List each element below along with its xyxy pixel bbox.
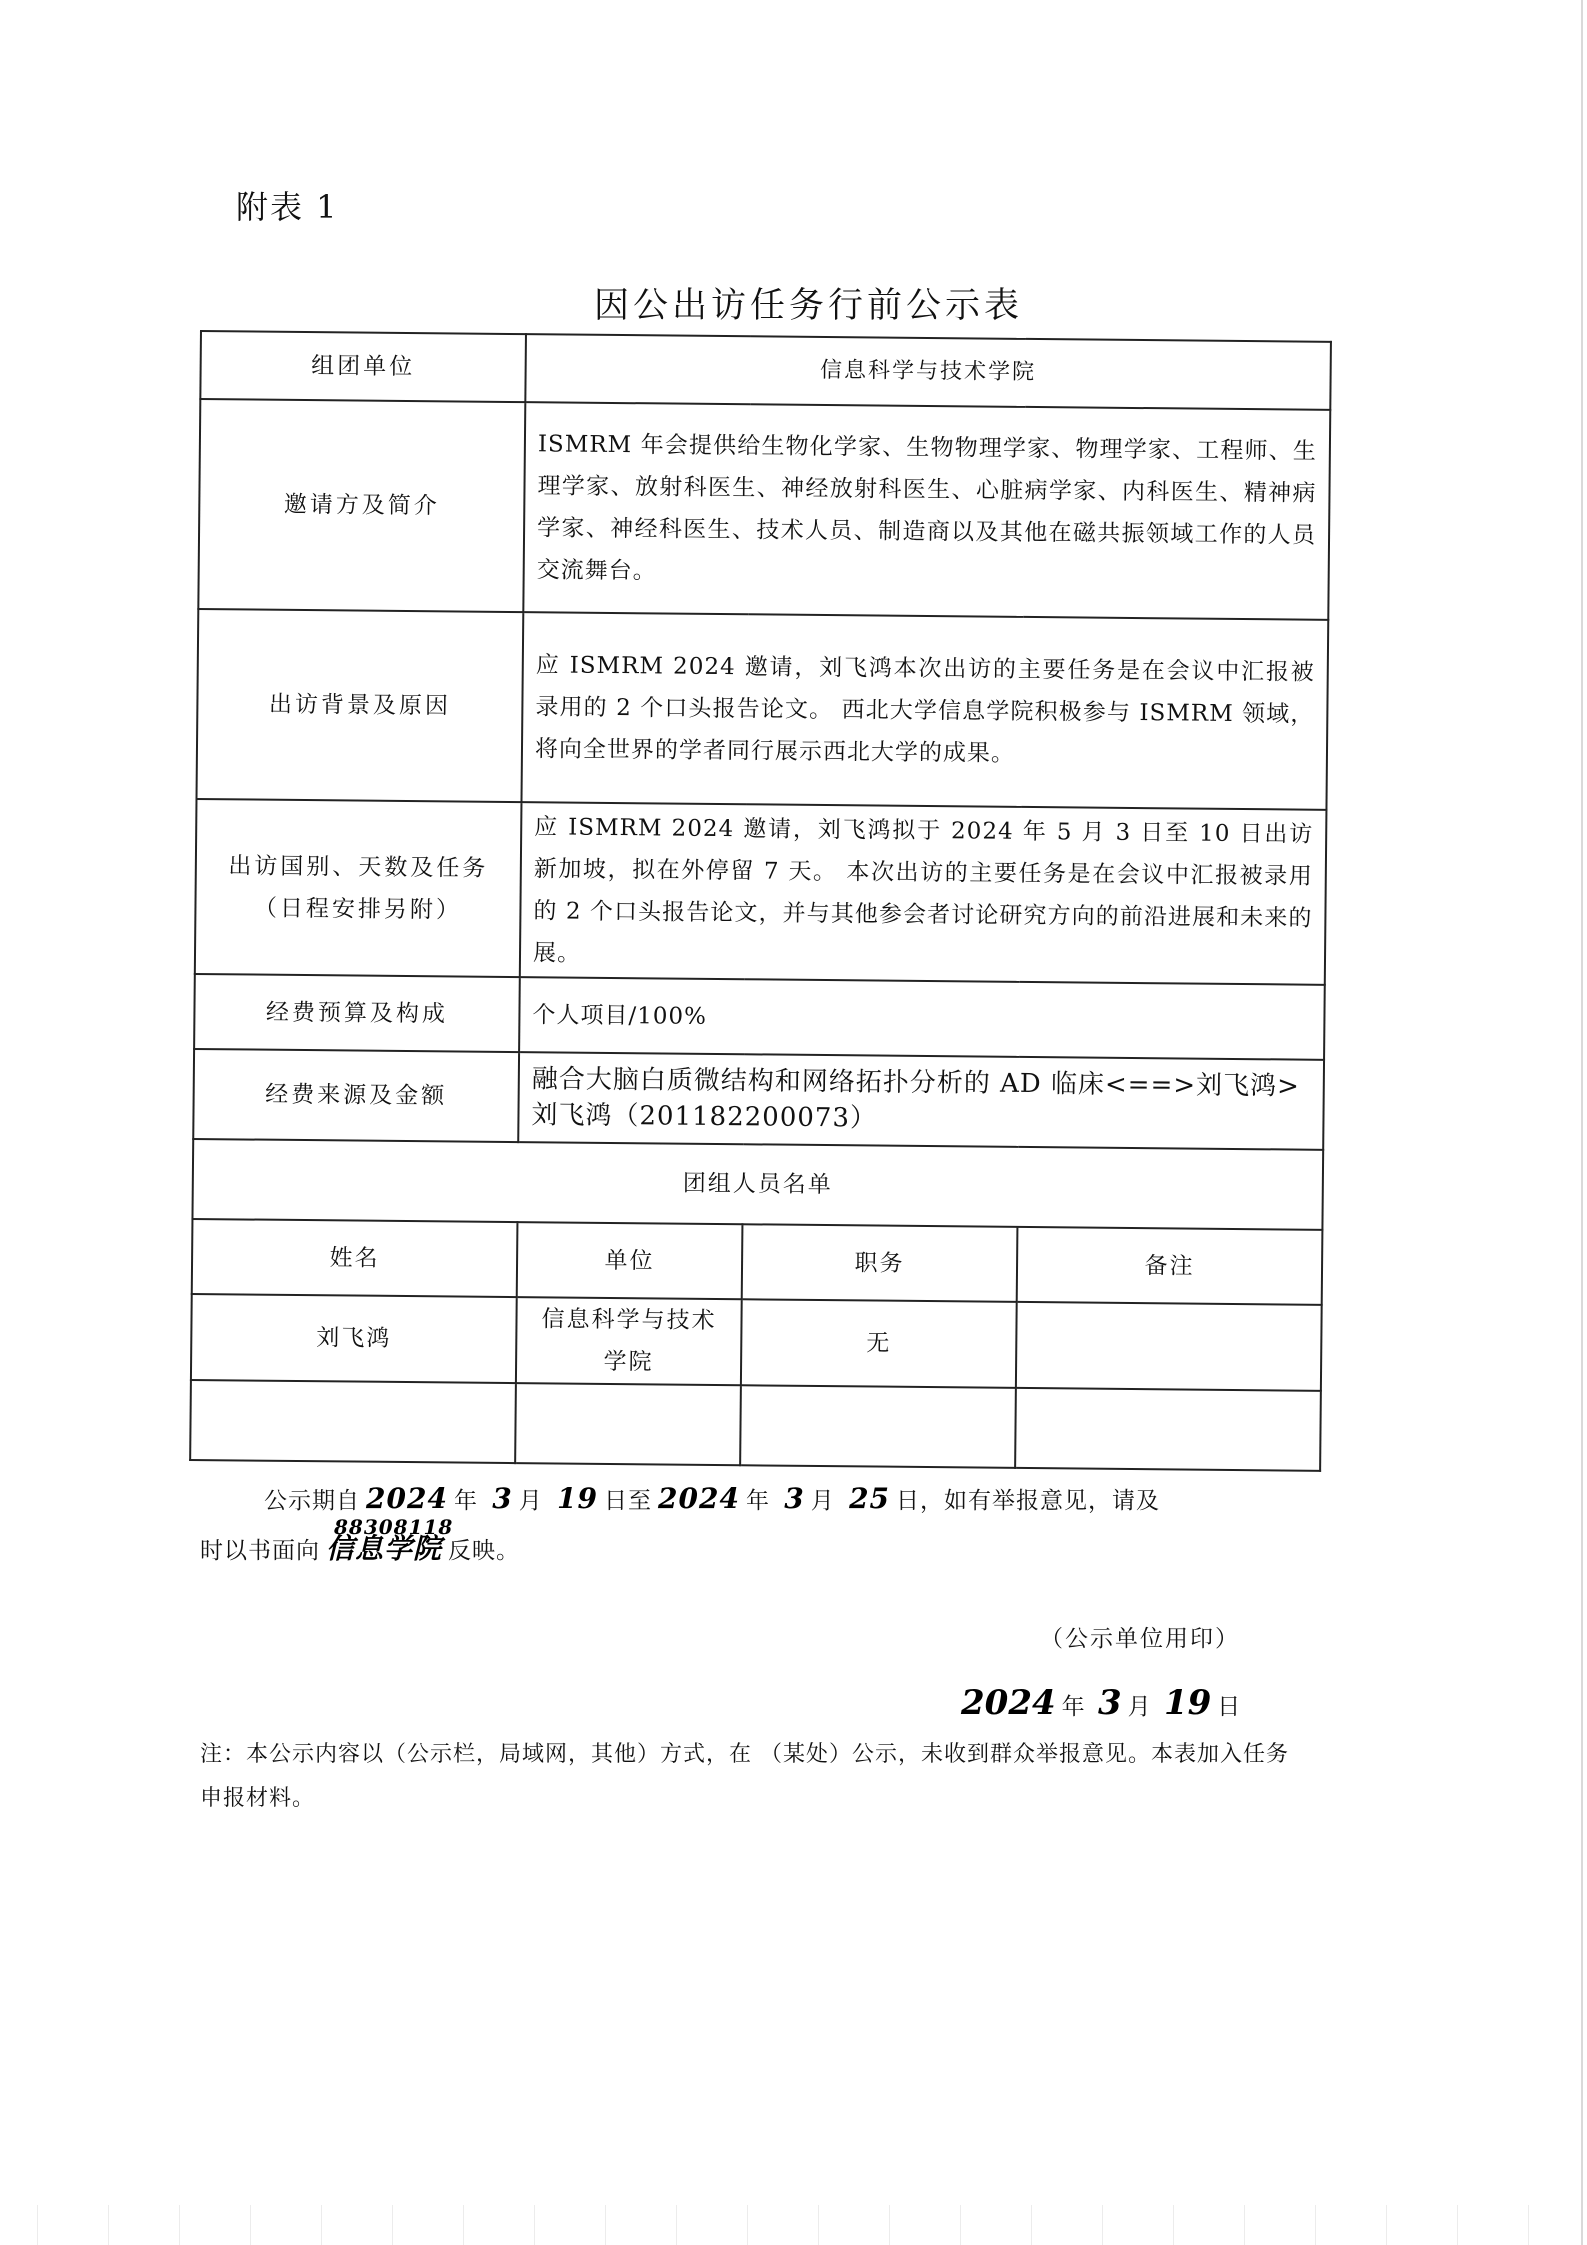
- header-position: 职务: [742, 1224, 1018, 1302]
- label-destination-main: 出访国别、天数及任务: [209, 845, 508, 890]
- value-inviter: ISMRM 年会提供给生物化学家、生物物理学家、物理学家、工程师、生理学家、放射…: [523, 402, 1330, 620]
- member-position: 无: [741, 1299, 1017, 1388]
- value-organizing-unit: 信息科学与技术学院: [525, 334, 1331, 410]
- row-funding: 经费来源及金额 融合大脑白质微结构和网络拓扑分析的 AD 临床<==>刘飞鸿>刘…: [193, 1049, 1324, 1150]
- handwritten-end-month: 3: [784, 1475, 804, 1523]
- label-background: 出访背景及原因: [196, 609, 523, 802]
- day-char: 日: [1217, 1694, 1240, 1720]
- member-unit: [515, 1383, 741, 1465]
- notice-period: 公示期自2024年 3月 19日至2024年 3月 25日，如有举报意见，请及 …: [200, 1475, 1300, 1575]
- notice-line2-suffix: 反映。: [448, 1538, 520, 1564]
- members-section-title: 团组人员名单: [192, 1139, 1323, 1230]
- members-header-row: 姓名 单位 职务 备注: [192, 1219, 1323, 1305]
- label-budget: 经费预算及构成: [194, 974, 520, 1052]
- value-budget: 个人项目/100%: [519, 977, 1325, 1060]
- header-remark: 备注: [1017, 1227, 1323, 1305]
- value-background: 应 ISMRM 2024 邀请，刘飞鸿本次出访的主要任务是在会议中汇报被录用的 …: [521, 612, 1328, 810]
- table-row: 刘飞鸿 信息科学与技术学院 无: [191, 1294, 1322, 1391]
- table-row: [190, 1380, 1321, 1471]
- notice-to-text: 日至: [604, 1488, 652, 1514]
- year-char: 年: [454, 1488, 478, 1514]
- year-char: 年: [1062, 1694, 1085, 1720]
- notice-line2-prefix: 时以书面向: [200, 1538, 320, 1564]
- label-funding: 经费来源及金额: [193, 1049, 519, 1142]
- appendix-label: 附表 1: [236, 182, 339, 228]
- label-destination: 出访国别、天数及任务 （日程安排另附）: [195, 799, 522, 977]
- month-char: 月: [519, 1488, 543, 1514]
- member-unit: 信息科学与技术学院: [516, 1297, 742, 1385]
- row-organizing-unit: 组团单位 信息科学与技术学院: [200, 331, 1331, 410]
- scan-artifact-right: [1581, 0, 1583, 2245]
- handwritten-start-month: 3: [492, 1475, 512, 1523]
- member-name: 刘飞鸿: [191, 1294, 517, 1383]
- notice-suffix: 日，如有举报意见，请及: [896, 1488, 1160, 1514]
- member-remark: [1015, 1388, 1321, 1471]
- row-background: 出访背景及原因 应 ISMRM 2024 邀请，刘飞鸿本次出访的主要任务是在会议…: [196, 609, 1328, 810]
- handwritten-phone: 88308118: [334, 1503, 453, 1551]
- handwritten-seal-month: 3: [1098, 1683, 1122, 1723]
- year-char: 年: [746, 1488, 770, 1514]
- footnote: 注：本公示内容以（公示栏，局域网，其他）方式，在 （某处）公示，未收到群众举报意…: [200, 1733, 1290, 1821]
- disclosure-form: 组团单位 信息科学与技术学院 邀请方及简介 ISMRM 年会提供给生物化学家、生…: [189, 330, 1330, 1472]
- header-unit: 单位: [517, 1222, 743, 1299]
- value-destination: 应 ISMRM 2024 邀请，刘飞鸿拟于 2024 年 5 月 3 日至 10…: [520, 802, 1327, 985]
- seal-date: 2024年 3月 19日: [955, 1683, 1240, 1723]
- handwritten-end-year: 2024: [658, 1475, 740, 1523]
- value-funding: 融合大脑白质微结构和网络拓扑分析的 AD 临床<==>刘飞鸿>刘飞鸿（20118…: [518, 1052, 1324, 1150]
- page-title: 因公出访任务行前公示表: [0, 278, 1587, 328]
- label-destination-sub: （日程安排另附）: [208, 887, 507, 932]
- month-char: 月: [1128, 1694, 1151, 1720]
- handwritten-seal-year: 2024: [961, 1683, 1056, 1723]
- row-budget: 经费预算及构成 个人项目/100%: [194, 974, 1325, 1060]
- member-position: [740, 1385, 1016, 1468]
- row-inviter: 邀请方及简介 ISMRM 年会提供给生物化学家、生物物理学家、物理学家、工程师、…: [198, 399, 1330, 620]
- handwritten-contact: 信息学院88308118: [326, 1525, 442, 1573]
- member-name: [190, 1380, 516, 1463]
- seal-caption: （公示单位用印）: [1040, 1620, 1240, 1653]
- member-remark: [1016, 1302, 1322, 1391]
- header-name: 姓名: [192, 1219, 518, 1297]
- label-inviter: 邀请方及简介: [198, 399, 525, 612]
- handwritten-seal-day: 19: [1164, 1683, 1211, 1723]
- row-members-title: 团组人员名单: [192, 1139, 1323, 1230]
- label-organizing-unit: 组团单位: [200, 331, 526, 402]
- month-char: 月: [811, 1488, 835, 1514]
- notice-line-2: 时以书面向信息学院88308118反映。: [200, 1525, 1300, 1575]
- handwritten-start-day: 19: [557, 1475, 598, 1523]
- scan-artifact-bottom: [0, 2205, 1587, 2245]
- form-table: 组团单位 信息科学与技术学院 邀请方及简介 ISMRM 年会提供给生物化学家、生…: [189, 330, 1332, 1472]
- row-destination: 出访国别、天数及任务 （日程安排另附） 应 ISMRM 2024 邀请，刘飞鸿拟…: [195, 799, 1327, 985]
- handwritten-end-day: 25: [849, 1475, 890, 1523]
